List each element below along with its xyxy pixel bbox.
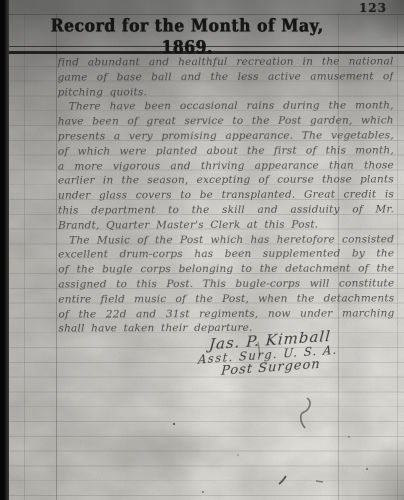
- manuscript-line: pitching quoits.: [58, 84, 394, 100]
- page-number: 123: [359, 1, 387, 15]
- manuscript-line: of the bugle corps belonging to the deta…: [58, 261, 394, 277]
- smudge-bottom-left: [90, 415, 240, 485]
- manuscript-line: find abundant and healthful recreation i…: [58, 54, 394, 70]
- manuscript-line: The Music of the Post which has heretofo…: [58, 231, 394, 247]
- film-edge: [0, 0, 9, 500]
- manuscript-line: of the 22d and 31st regiments, now under…: [58, 305, 394, 321]
- manuscript-line: a more vigorous and thriving appearance …: [58, 157, 394, 173]
- corner-shadow-bottom-right: [358, 440, 404, 500]
- manuscript-line: presents a very promising appearance. Th…: [58, 128, 394, 144]
- manuscript-line: excellent drum-corps has been supplement…: [58, 246, 394, 262]
- manuscript-line: There have been occasional rains during …: [58, 98, 394, 114]
- manuscript-line: have been of great service to the Post g…: [58, 113, 394, 129]
- manuscript-line: Brandt, Quarter Master's Clerk at this P…: [58, 217, 394, 233]
- page-title: Record for the Month of May, 1869.: [40, 15, 334, 58]
- manuscript-line: under glass covers to be transplanted. G…: [58, 187, 394, 203]
- manuscript-line: entire field music of the Post, when the…: [58, 291, 394, 307]
- manuscript-line: this department to the skill and assidui…: [58, 202, 394, 218]
- manuscript-line: game of base ball and the less active am…: [58, 69, 394, 85]
- manuscript-line: assigned to this Post. This bugle-corps …: [58, 276, 394, 292]
- scanned-ledger-page: 123 Record for the Month of May, 1869. f…: [0, 0, 404, 500]
- manuscript-line: of which were planted about the first of…: [58, 143, 394, 159]
- manuscript-text: find abundant and healthful recreation i…: [58, 54, 395, 336]
- manuscript-line: earlier in the season, excepting of cour…: [58, 172, 394, 188]
